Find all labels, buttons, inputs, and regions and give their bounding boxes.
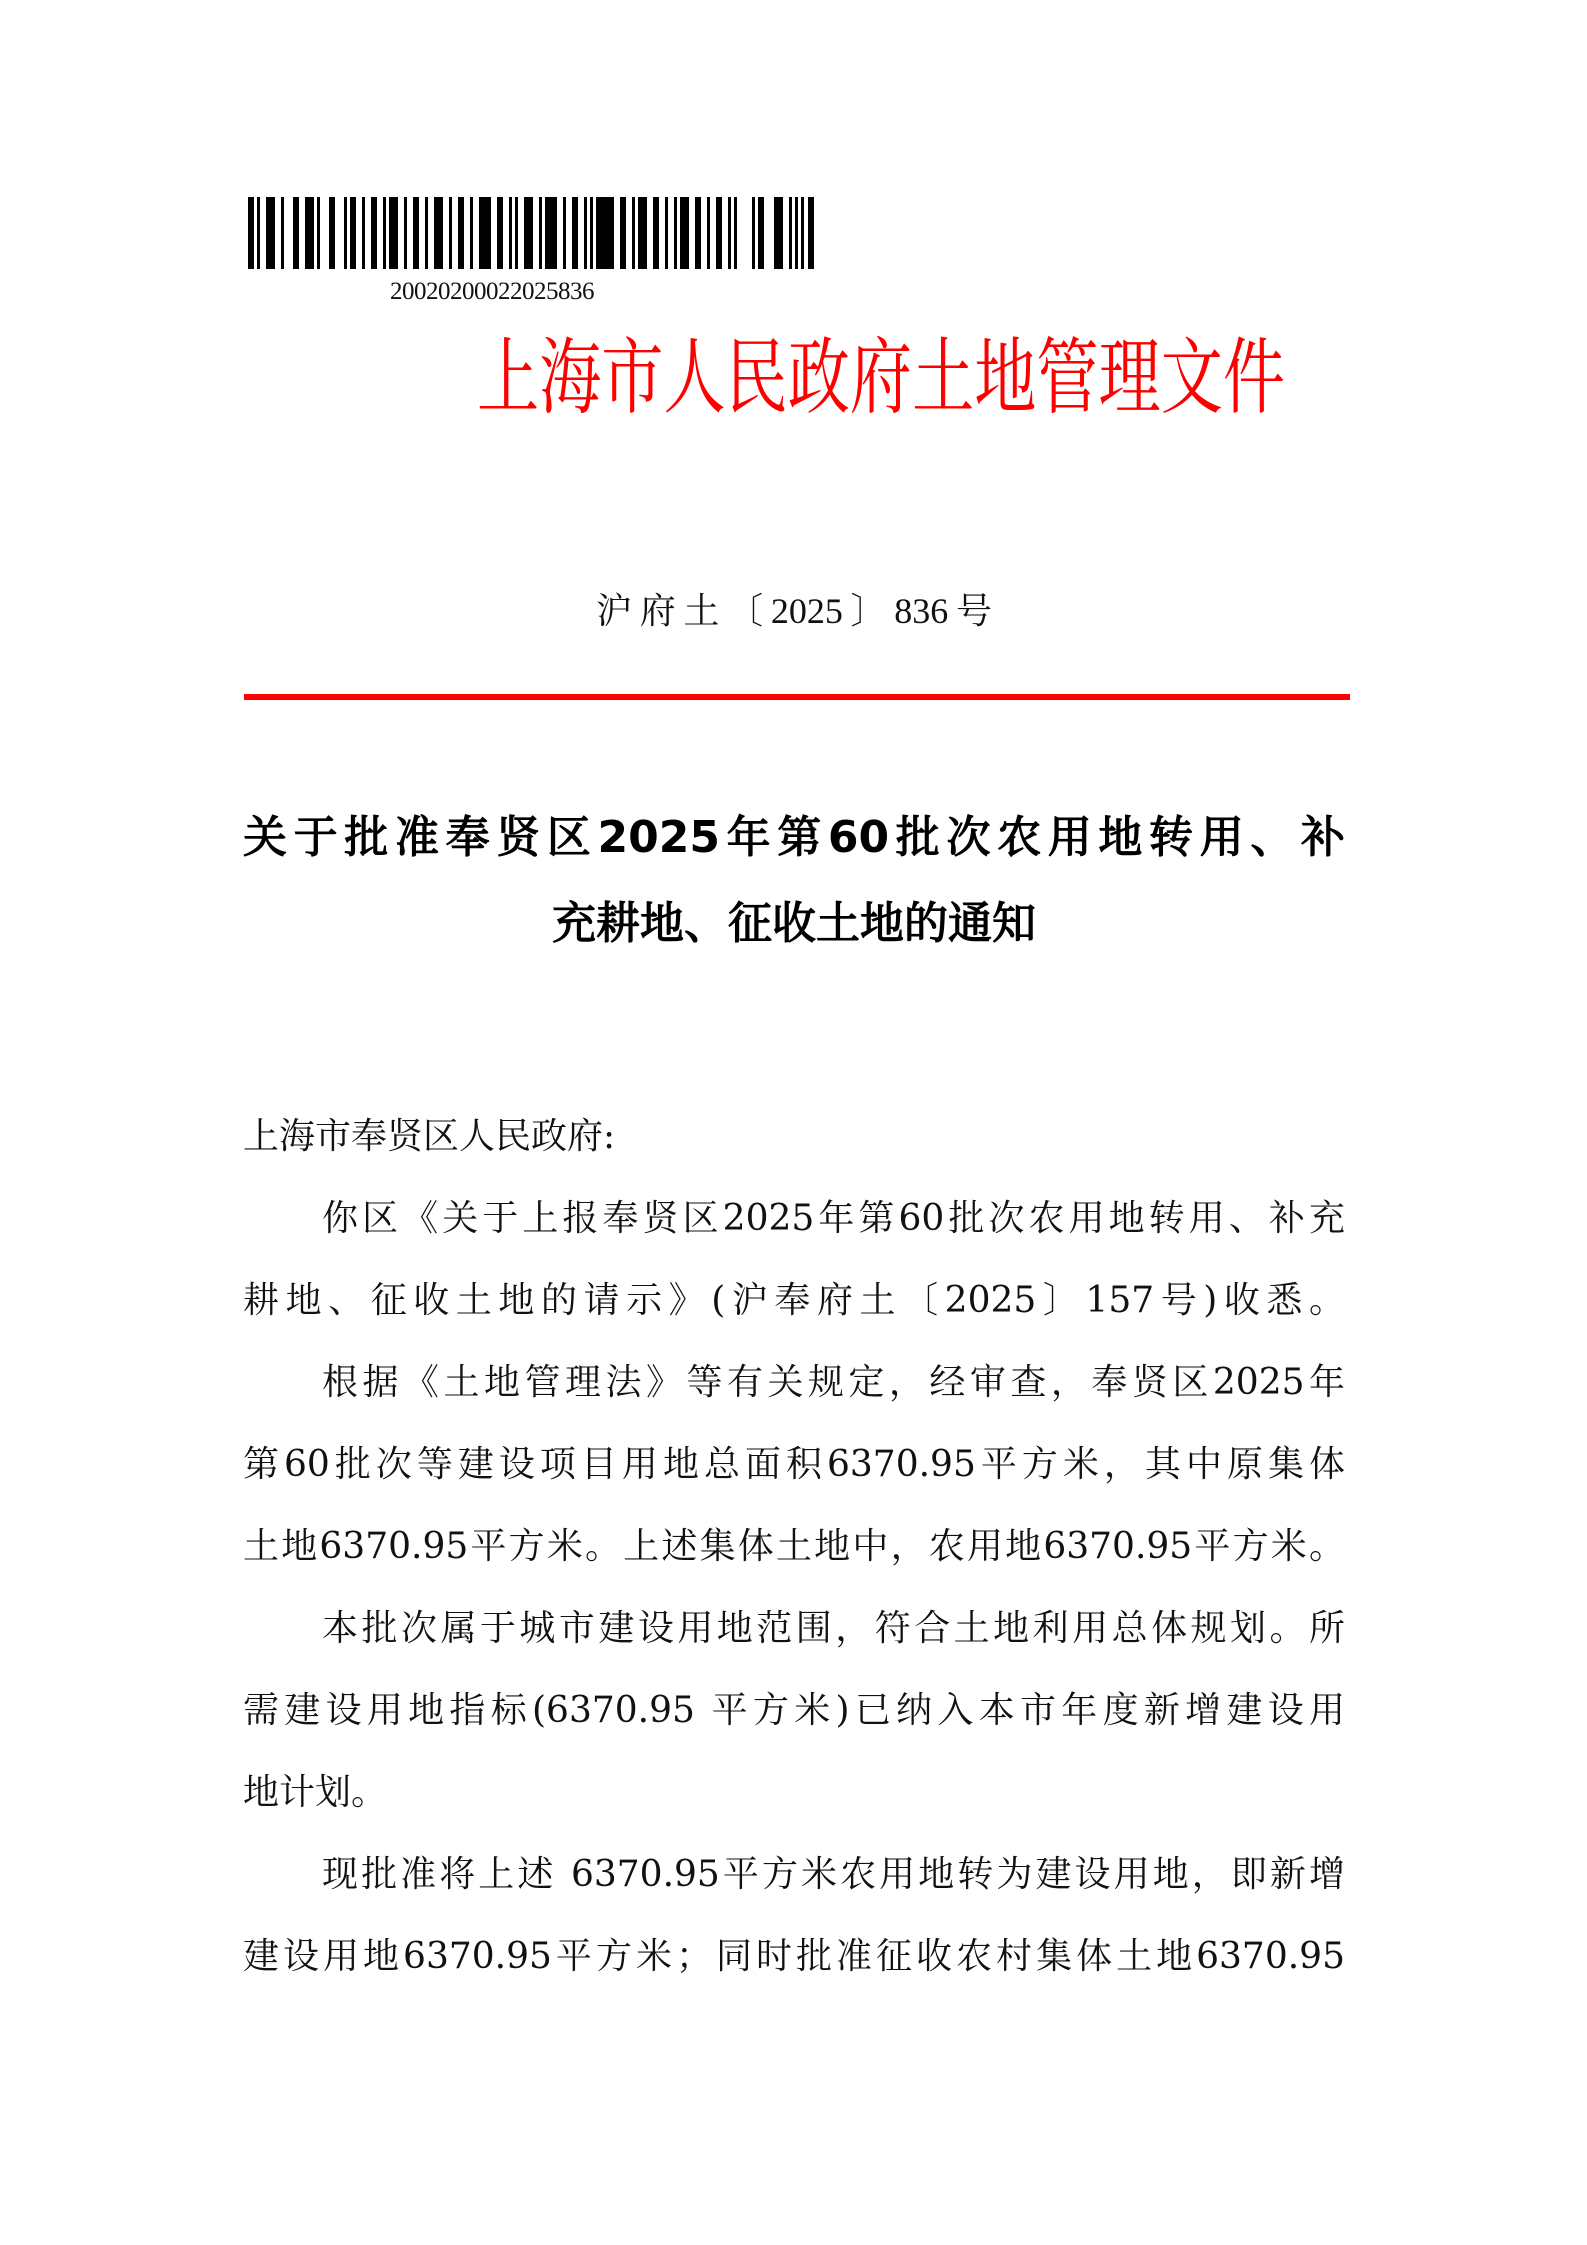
body-line: 土地6370.95平方米。上述集体土地中，农用地6370.95平方米。 — [243, 1522, 1345, 1572]
barcode-image — [248, 197, 832, 269]
body-line: 需建设用地指标(6370.95 平方米)已纳入本市年度新增建设用 — [243, 1686, 1345, 1736]
body-line: 建设用地6370.95平方米；同时批准征收农村集体土地6370.95 — [243, 1932, 1345, 1982]
body-line: 耕地、征收土地的请示》(沪奉府土〔2025〕157号)收悉。 — [243, 1276, 1345, 1326]
body-line: 你区《关于上报奉贤区2025年第60批次农用地转用、补充 — [322, 1194, 1345, 1244]
notice-title-line-2: 充耕地、征收土地的通知 — [243, 896, 1345, 952]
issuer-title-text: 上海市人民政府土地管理文件 — [477, 322, 1285, 434]
body-line: 第60批次等建设项目用地总面积6370.95平方米，其中原集体 — [243, 1440, 1345, 1490]
body-line: 现批准将上述 6370.95平方米农用地转为建设用地，即新增 — [322, 1850, 1345, 1900]
barcode-icon — [248, 197, 832, 269]
barcode-number-text: 20020200022025836 — [390, 278, 594, 305]
notice-title-line-1: 关于批准奉贤区2025年第60批次农用地转用、补 — [243, 810, 1345, 866]
issuer-title: 上海市人民政府土地管理文件 — [400, 328, 1192, 428]
body-line: 根据《土地管理法》等有关规定，经审查，奉贤区2025年 — [322, 1358, 1345, 1408]
document-page: 20020200022025836 上海市人民政府土地管理文件 沪府土〔2025… — [0, 0, 1587, 2245]
body-line: 本批次属于城市建设用地范围，符合土地利用总体规划。所 — [322, 1604, 1345, 1654]
salutation: 上海市奉贤区人民政府: — [243, 1112, 1345, 1162]
body-line: 地计划。 — [243, 1768, 1345, 1818]
red-divider — [244, 694, 1350, 700]
document-number: 沪府土〔2025〕836号 — [596, 588, 992, 634]
barcode-number: 20020200022025836 — [248, 278, 832, 306]
